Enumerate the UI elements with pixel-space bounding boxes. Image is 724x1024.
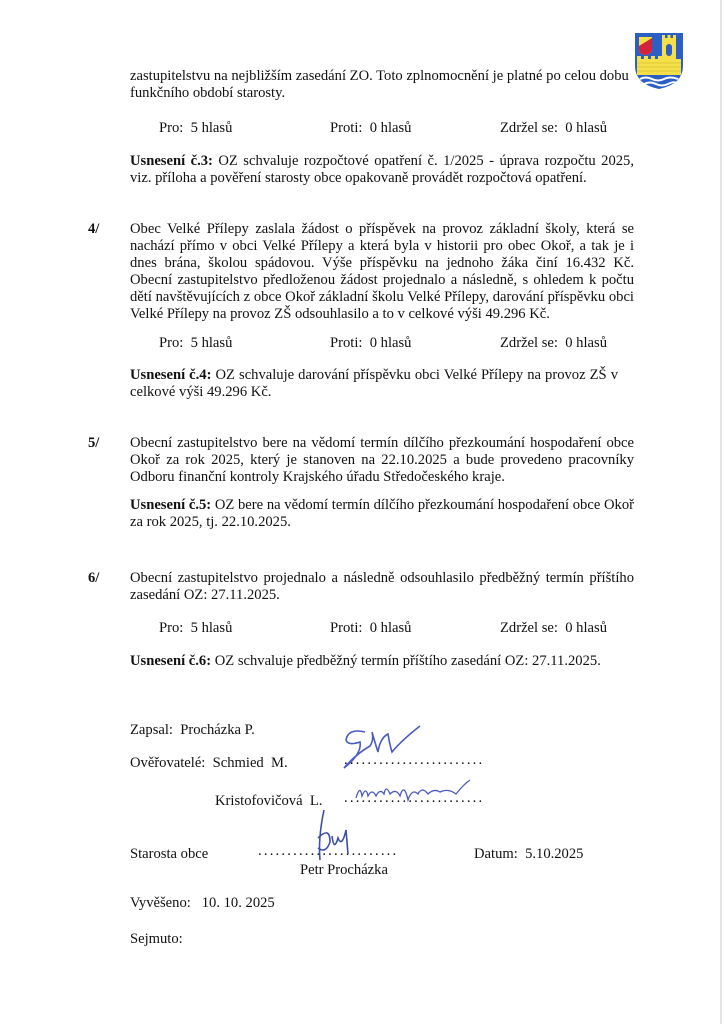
resolution-label: Usnesení č.5: — [130, 497, 211, 513]
signature-schmied-icon — [340, 724, 450, 776]
vote-pro: Pro: 5 hlasů — [159, 620, 232, 637]
intro-line-1: zastupitelstvu na nejbližším zasedání ZO… — [130, 68, 650, 85]
resolution-label: Usnesení č.4: — [130, 367, 211, 383]
vote-proti: Proti: 0 hlasů — [330, 335, 411, 352]
item-number: 5/ — [88, 435, 99, 452]
vote-proti: Proti: 0 hlasů — [330, 620, 411, 637]
resolution-3: Usnesení č.3: OZ schvaluje rozpočtové op… — [130, 153, 634, 187]
resolution-6: Usnesení č.6: OZ schvaluje předběžný ter… — [130, 653, 601, 670]
resolution-text: OZ schvaluje předběžný termín příštího z… — [211, 653, 601, 669]
resolution-4: Usnesení č.4: OZ schvaluje darování přís… — [130, 367, 618, 401]
vote-zdrzel: Zdržel se: 0 hlasů — [500, 120, 607, 137]
starosta-name: Petr Procházka — [300, 862, 388, 879]
intro-paragraph: zastupitelstvu na nejbližším zasedání ZO… — [130, 68, 650, 102]
item-5-text: Obecní zastupitelstvo bere na vědomí ter… — [130, 435, 634, 486]
vote-zdrzel: Zdržel se: 0 hlasů — [500, 620, 607, 637]
vote-pro: Pro: 5 hlasů — [159, 120, 232, 137]
item-4-text: Obec Velké Přílepy zaslala žádost o přís… — [130, 221, 634, 323]
item-6-text: Obecní zastupitelstvo projednalo a násle… — [130, 570, 634, 604]
signature-kristofovicova-icon — [352, 778, 492, 806]
zapsal-line: Zapsal: Procházka P. — [130, 722, 255, 739]
item-number: 4/ — [88, 221, 99, 238]
overovatele-line: Ověřovatelé: Schmied M. — [130, 755, 288, 772]
datum: Datum: 5.10.2025 — [474, 846, 583, 863]
resolution-label: Usnesení č.3: — [130, 153, 213, 169]
vote-zdrzel: Zdržel se: 0 hlasů — [500, 335, 607, 352]
resolution-label: Usnesení č.6: — [130, 653, 211, 669]
sejmuto: Sejmuto: — [130, 931, 183, 948]
overovatel-2-name: Kristofovičová L. — [215, 793, 322, 810]
starosta-label: Starosta obce — [130, 846, 208, 863]
page-edge — [720, 0, 722, 1024]
intro-line-2: funkčního období starosty. — [130, 85, 650, 102]
vote-proti: Proti: 0 hlasů — [330, 120, 411, 137]
vyveseno: Vyvěšeno: 10. 10. 2025 — [130, 895, 275, 912]
item-number: 6/ — [88, 570, 99, 587]
signature-starosta-icon — [312, 808, 372, 864]
vote-pro: Pro: 5 hlasů — [159, 335, 232, 352]
resolution-5: Usnesení č.5: OZ bere na vědomí termín d… — [130, 497, 634, 531]
